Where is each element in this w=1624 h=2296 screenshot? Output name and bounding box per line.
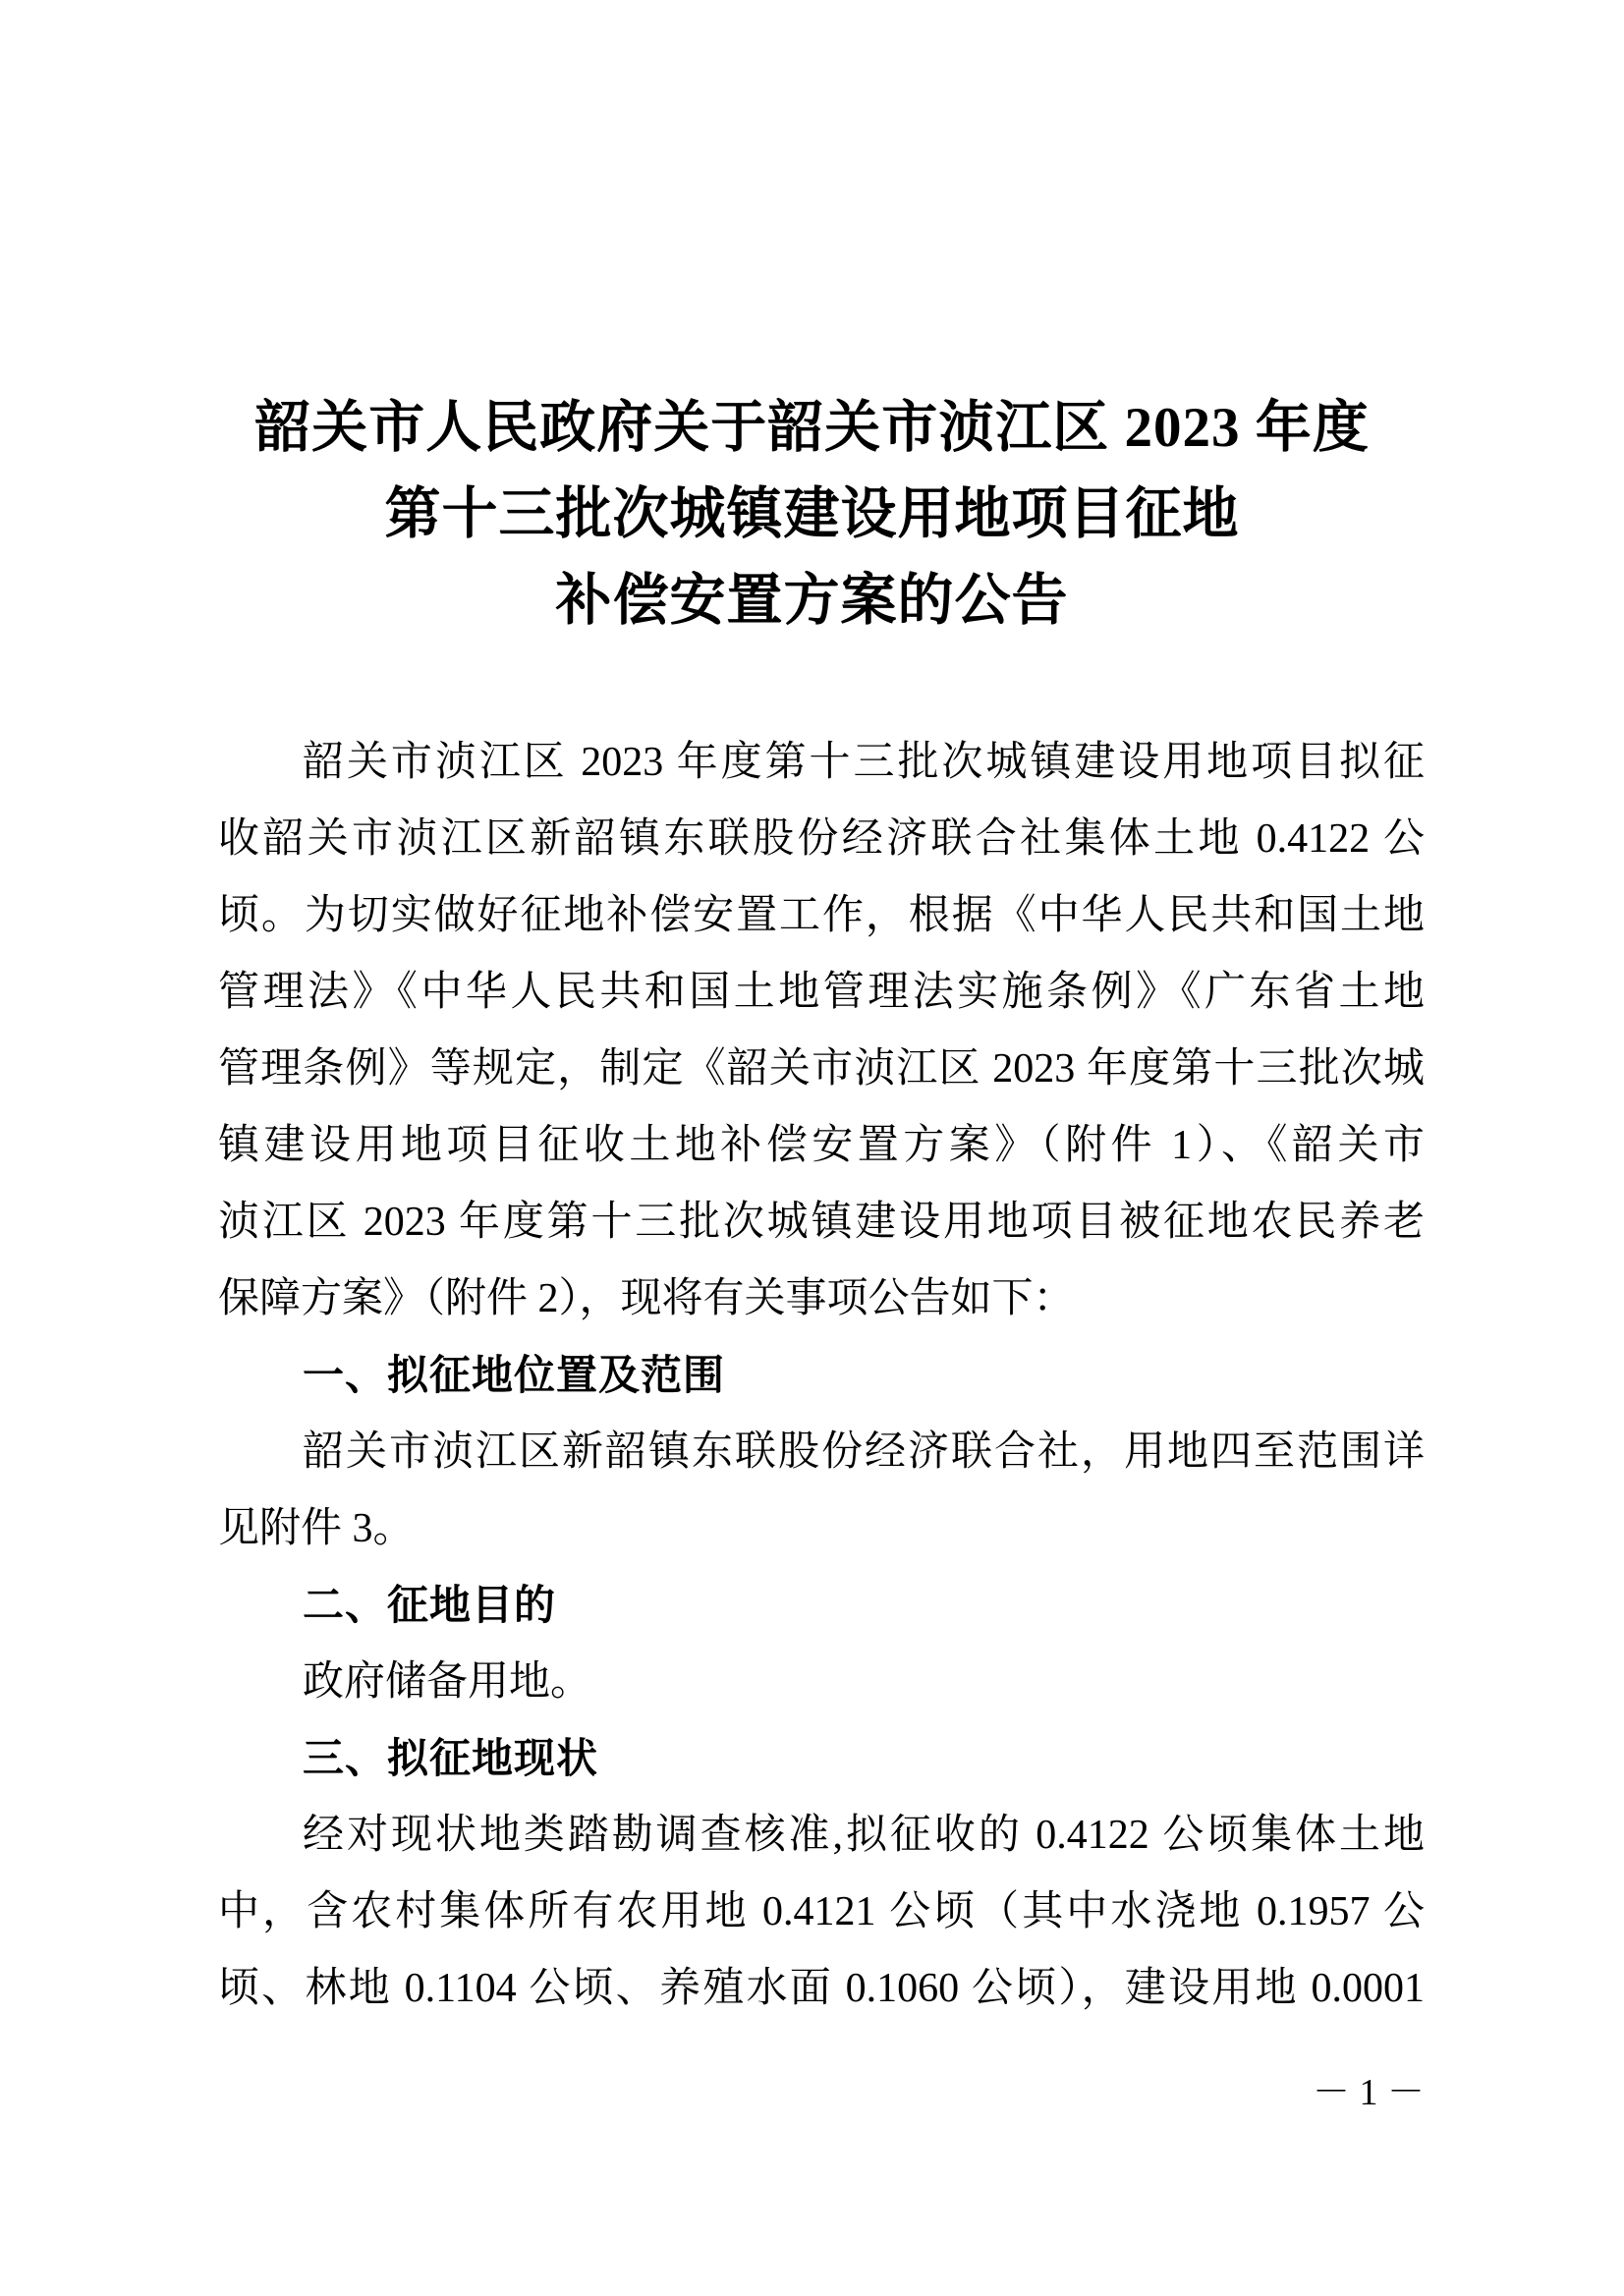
body-line: 浈江区 2023 年度第十三批次城镇建设用地项目被征地农民养老	[218, 1184, 1425, 1260]
title-line-3: 补偿安置方案的公告	[0, 558, 1624, 644]
section-heading-2: 二、征地目的	[218, 1567, 1425, 1644]
body-line: 韶关市浈江区 2023 年度第十三批次城镇建设用地项目拟征	[218, 724, 1425, 801]
body-line: 政府储备用地。	[218, 1644, 1425, 1720]
title-line-2: 第十三批次城镇建设用地项目征地	[0, 472, 1624, 558]
body-line: 顷、林地 0.1104 公顷、养殖水面 0.1060 公顷），建设用地 0.00…	[218, 1950, 1425, 2027]
body-line: 收韶关市浈江区新韶镇东联股份经济联合社集体土地 0.4122 公	[218, 801, 1425, 877]
document-page: 韶关市人民政府关于韶关市浈江区 2023 年度 第十三批次城镇建设用地项目征地 …	[0, 0, 1624, 2296]
paragraph-intro: 韶关市浈江区 2023 年度第十三批次城镇建设用地项目拟征 收韶关市浈江区新韶镇…	[218, 724, 1425, 1337]
document-body: 韶关市浈江区 2023 年度第十三批次城镇建设用地项目拟征 收韶关市浈江区新韶镇…	[218, 724, 1425, 2027]
body-line: 韶关市浈江区新韶镇东联股份经济联合社，用地四至范围详	[218, 1414, 1425, 1490]
body-line: 见附件 3。	[218, 1490, 1425, 1567]
section-heading-1: 一、拟征地位置及范围	[218, 1337, 1425, 1414]
body-line: 经对现状地类踏勘调查核准,拟征收的 0.4122 公顷集体土地	[218, 1797, 1425, 1874]
body-line: 中，含农村集体所有农用地 0.4121 公顷（其中水浇地 0.1957 公	[218, 1874, 1425, 1950]
document-title: 韶关市人民政府关于韶关市浈江区 2023 年度 第十三批次城镇建设用地项目征地 …	[0, 385, 1624, 644]
body-line: 管理法》《中华人民共和国土地管理法实施条例》《广东省土地	[218, 954, 1425, 1031]
body-line: 保障方案》（附件 2），现将有关事项公告如下：	[218, 1260, 1425, 1337]
page-number: － 1 －	[1313, 2063, 1425, 2122]
body-line: 顷。为切实做好征地补偿安置工作，根据《中华人民共和国土地	[218, 877, 1425, 954]
section-heading-3: 三、拟征地现状	[218, 1720, 1425, 1797]
body-line: 管理条例》等规定，制定《韶关市浈江区 2023 年度第十三批次城	[218, 1031, 1425, 1107]
body-line: 镇建设用地项目征收土地补偿安置方案》（附件 1）、《韶关市	[218, 1107, 1425, 1184]
paragraph-purpose: 政府储备用地。	[218, 1644, 1425, 1720]
title-line-1: 韶关市人民政府关于韶关市浈江区 2023 年度	[0, 385, 1624, 472]
paragraph-location: 韶关市浈江区新韶镇东联股份经济联合社，用地四至范围详 见附件 3。	[218, 1414, 1425, 1567]
paragraph-status: 经对现状地类踏勘调查核准,拟征收的 0.4122 公顷集体土地 中，含农村集体所…	[218, 1797, 1425, 2027]
